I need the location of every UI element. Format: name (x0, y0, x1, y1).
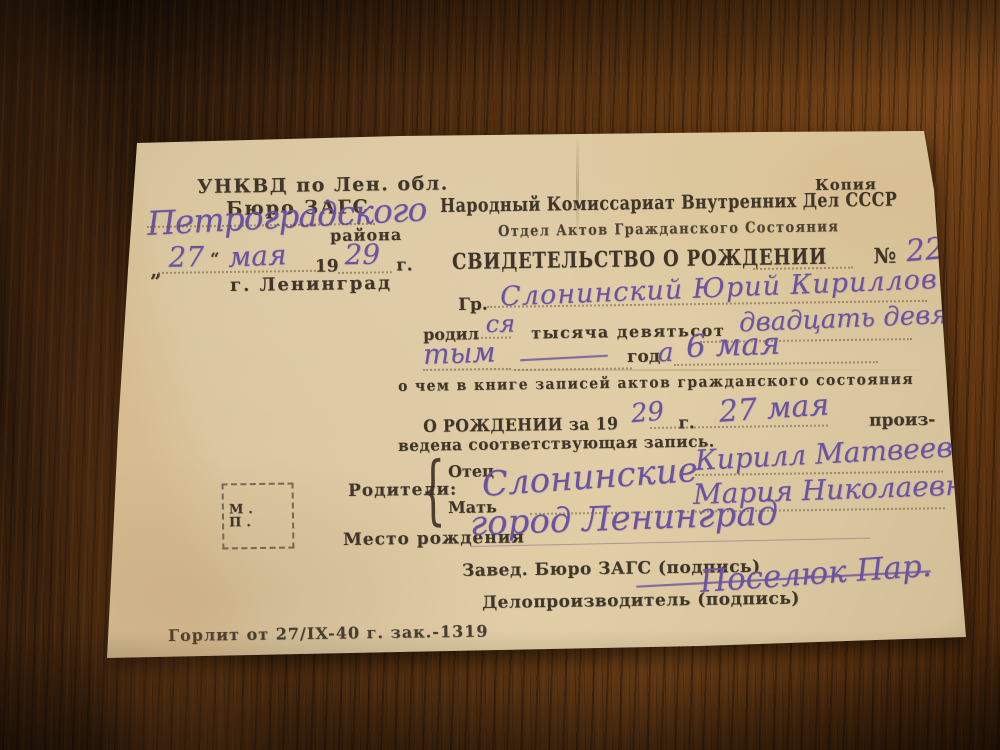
handwritten-dash-stroke (520, 355, 608, 362)
year-words-handwriting-2: тым (423, 338, 497, 369)
quote-open: „ (150, 260, 162, 280)
commissariat-title: Народный Комиссариат Внутренних Дел СССР (440, 191, 898, 216)
registration-date-line: „ 27 “ мая 19 29 г. (150, 240, 413, 272)
year-form-label: год (627, 349, 660, 366)
birthdate-handwriting: 6 мая (685, 329, 780, 363)
record-g-label: г. (678, 415, 695, 432)
year-ending-handwriting: а (658, 340, 674, 366)
censor-footer: Горлит от 27/IX-40 г. зак.-1319 (168, 624, 489, 644)
certificate-number-handwriting: 2210 (905, 231, 984, 267)
record-done-line: ведена соответствующая запись. (398, 434, 715, 454)
record-year-handwriting: 29 (630, 399, 665, 428)
day-handwriting: 27 (168, 243, 204, 271)
year-suffix: г. (396, 257, 413, 274)
number-sign: № (873, 245, 896, 266)
certificate-paper: УНКВД по Лен. обл. Бюро ЗАГС Петроградск… (0, 0, 1000, 750)
wood-table-background: УНКВД по Лен. обл. Бюро ЗАГС Петроградск… (0, 0, 1000, 750)
parents-brace: { (420, 451, 446, 527)
family-surname-handwriting: Слонинские (481, 453, 699, 502)
birthplace-handwriting: город Ленинград (469, 496, 778, 541)
stamp-place-label: М. П. (224, 503, 292, 530)
certificate-paper-shadow: УНКВД по Лен. обл. Бюро ЗАГС Петроградск… (0, 0, 1000, 750)
city-line: г. Ленинград (230, 275, 392, 295)
registry-line: о чем в книге записей актов гражданского… (398, 372, 914, 394)
stamp-place-box: М. П. (222, 483, 295, 550)
department-title: Отдел Актов Гражданского Состояния (498, 219, 839, 239)
quote-close: “ (210, 251, 219, 267)
record-suffix: произ- (869, 412, 935, 430)
month-handwriting: мая (228, 241, 288, 272)
born-ending-handwriting: ся (485, 312, 515, 336)
year-handwriting: 29 (344, 241, 380, 269)
record-date-handwriting: 27 мая (718, 390, 830, 427)
